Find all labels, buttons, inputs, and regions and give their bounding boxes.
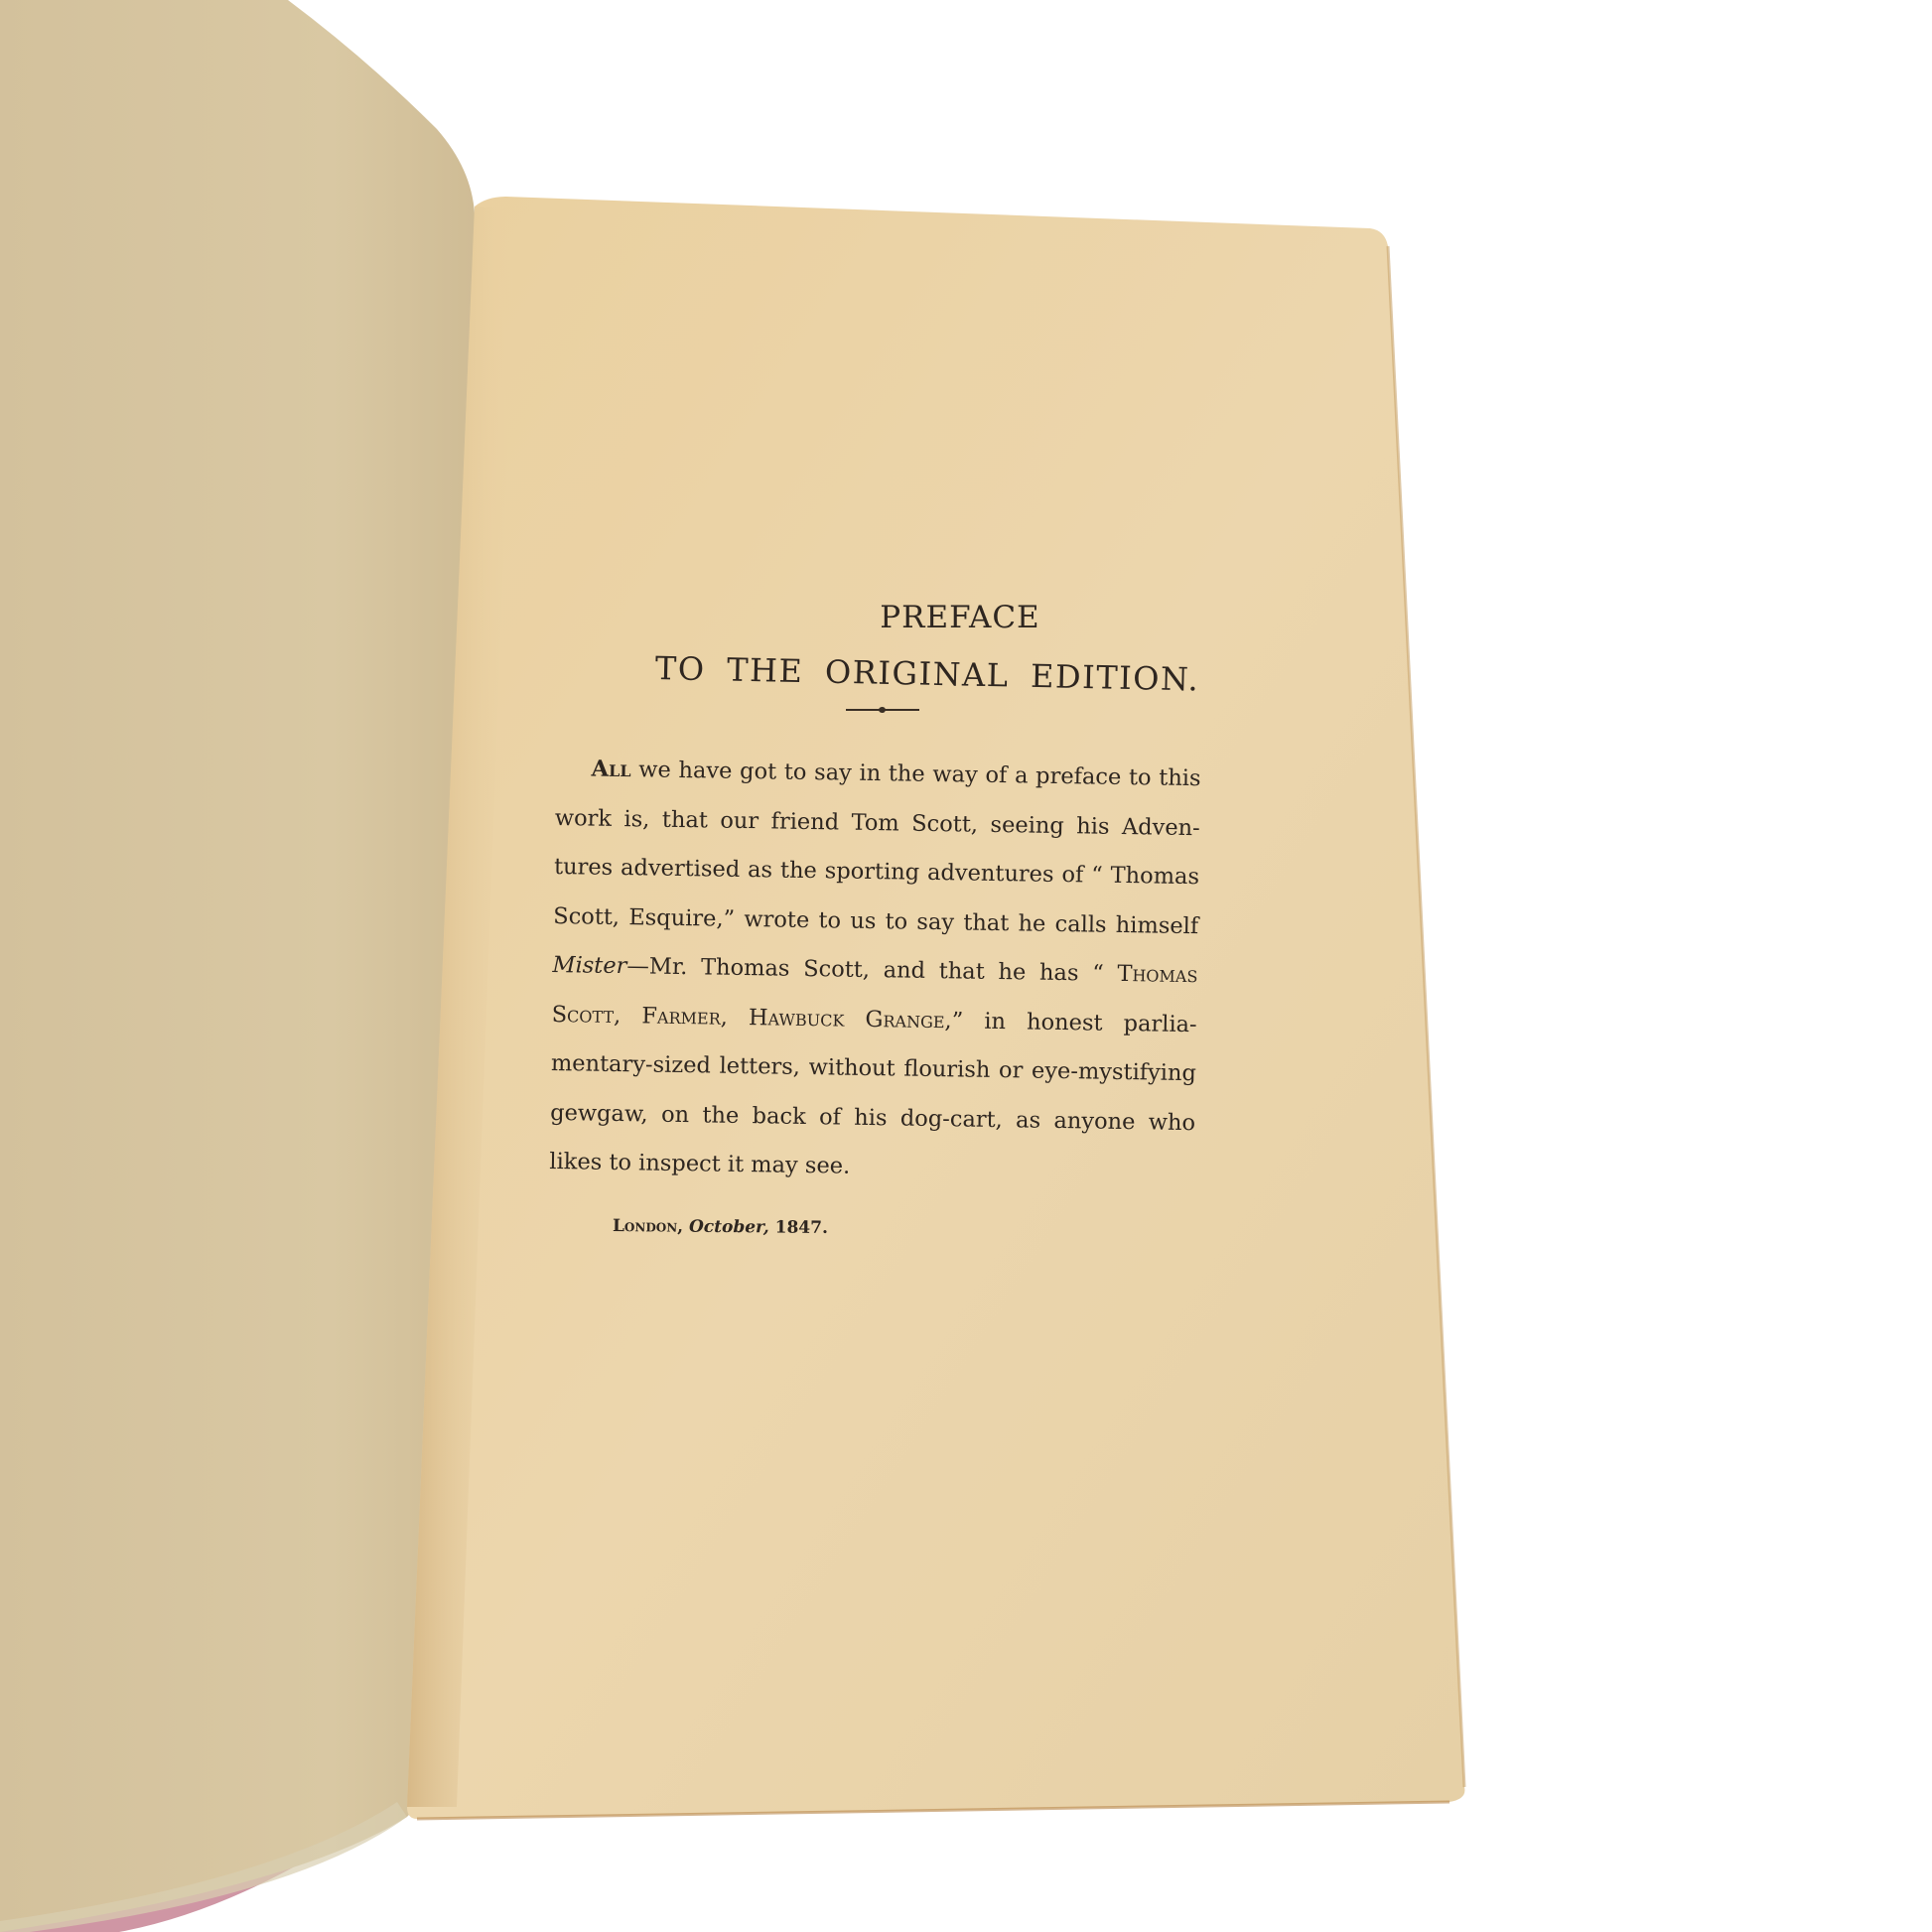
body-line: likes to inspect it may see. bbox=[549, 1138, 1195, 1197]
preface-body: All we have got to say in the way of a p… bbox=[549, 745, 1201, 1197]
dateline: London, October, 1847. bbox=[613, 1216, 828, 1238]
heading-preface: PREFACE bbox=[0, 600, 1926, 635]
heading-original-edition: TO THE ORIGINAL EDITION. bbox=[655, 649, 1200, 698]
ornament-rule bbox=[846, 709, 919, 711]
page-text: PREFACE TO THE ORIGINAL EDITION. All we … bbox=[0, 0, 1932, 1932]
